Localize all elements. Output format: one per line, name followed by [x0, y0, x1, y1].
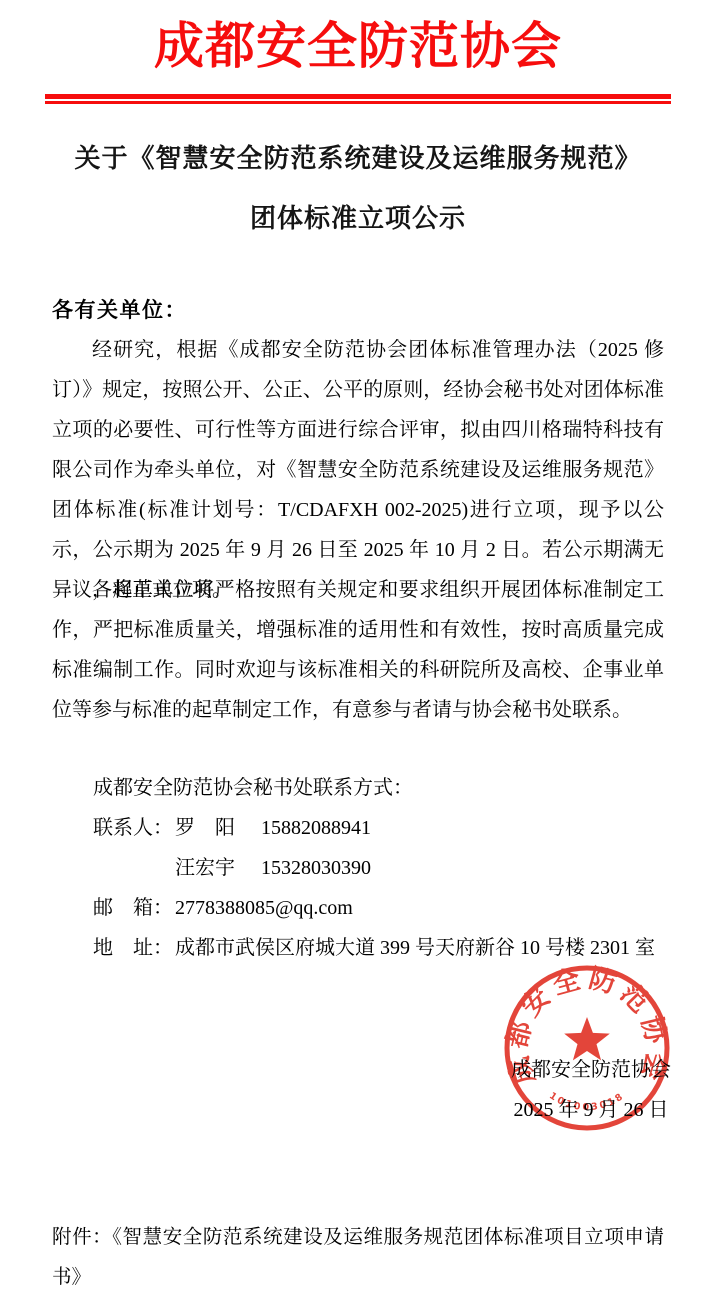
seal-star-icon — [564, 1017, 610, 1060]
header-divider — [45, 94, 671, 104]
paragraph-1: 经研究，根据《成都安全防范协会团体标准管理办法（2025 修订）》规定，按照公开… — [52, 330, 664, 610]
contact-person-2-name: 汪宏宇 — [175, 848, 261, 888]
contact-address-label: 地 址： — [93, 928, 175, 968]
document-page: 成都安全防范协会 关于《智慧安全防范系统建设及运维服务规范》 团体标准立项公示 … — [0, 0, 716, 1295]
doc-title-line2: 团体标准立项公示 — [0, 198, 716, 235]
contact-email-value: 2778388085@qq.com — [175, 897, 353, 919]
header-org-name: 成都安全防范协会 — [0, 6, 716, 78]
attachment-line: 附件：《智慧安全防范系统建设及运维服务规范团体标准项目立项申请书》 — [52, 1218, 664, 1295]
divider-thin-bar — [45, 101, 671, 104]
contact-person-label: 联系人： — [93, 808, 175, 848]
doc-title-line1: 关于《智慧安全防范系统建设及运维服务规范》 — [0, 138, 716, 175]
contact-heading: 成都安全防范协会秘书处联系方式： — [93, 768, 673, 808]
contact-person-1: 联系人：罗 阳15882088941 — [93, 808, 673, 848]
contact-person-2-phone: 15328030390 — [261, 857, 371, 879]
salutation: 各有关单位： — [52, 290, 187, 330]
contact-person-1-phone: 15882088941 — [261, 817, 371, 839]
contact-person-2: 汪宏宇15328030390 — [93, 848, 673, 888]
paragraph-2: 各起草单位将严格按照有关规定和要求组织开展团体标准制定工作，严把标准质量关，增强… — [52, 570, 664, 730]
contact-email-label: 邮 箱： — [93, 888, 175, 928]
contact-address-value: 成都市武侯区府城大道 399 号天府新谷 10 号楼 2301 室 — [175, 937, 655, 959]
contact-person-1-name: 罗 阳 — [175, 808, 261, 848]
contact-email-row: 邮 箱：2778388085@qq.com — [93, 888, 673, 928]
contact-block: 成都安全防范协会秘书处联系方式： 联系人：罗 阳15882088941 汪宏宇1… — [93, 768, 673, 968]
official-seal: 成都安全防范协会 51010030185 — [497, 958, 677, 1138]
